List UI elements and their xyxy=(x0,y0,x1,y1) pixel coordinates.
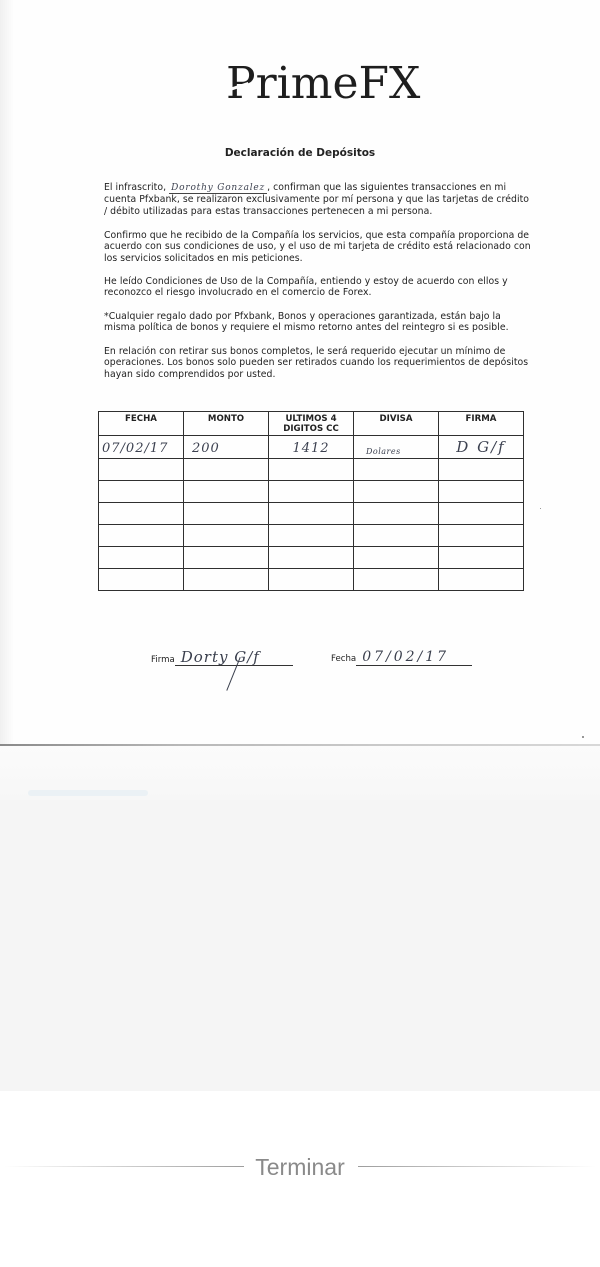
date-field: Fecha07/02/17 xyxy=(331,652,472,666)
table-row xyxy=(99,459,524,481)
table-cell-empty xyxy=(354,547,439,569)
cell-digitos: 1412 xyxy=(269,436,354,459)
header-monto: MONTO xyxy=(184,412,269,436)
cell-monto: 200 xyxy=(184,436,269,459)
table-cell-empty xyxy=(439,459,524,481)
header-divisa: DIVISA xyxy=(354,412,439,436)
table-cell-empty xyxy=(184,459,269,481)
table-cell-empty xyxy=(439,525,524,547)
cell-fecha: 07/02/17 xyxy=(99,436,184,459)
date-value: 07/02/17 xyxy=(356,652,472,666)
table-row: 07/02/17 200 1412 Dolares D G/f xyxy=(99,436,524,459)
table-cell-empty xyxy=(184,525,269,547)
table-cell-empty xyxy=(184,481,269,503)
table-row xyxy=(99,481,524,503)
table-row xyxy=(99,525,524,547)
table-cell-empty xyxy=(439,503,524,525)
document-viewer: PrimeFX Declaración de Depósitos El infr… xyxy=(0,0,600,1091)
table-cell-empty xyxy=(269,569,354,591)
table-cell-empty xyxy=(269,547,354,569)
table-row xyxy=(99,503,524,525)
table-row xyxy=(99,547,524,569)
table-cell-empty xyxy=(99,525,184,547)
signature-value: Dorty G/f xyxy=(175,652,293,666)
table-cell-empty xyxy=(269,525,354,547)
signature-label: Firma xyxy=(151,655,175,665)
deposits-table: FECHA MONTO ULTIMOS 4 DIGITOS CC DIVISA … xyxy=(98,411,524,591)
scan-speck xyxy=(582,736,584,738)
handwritten-name: Dorothy Gonzalez xyxy=(169,183,267,194)
table-cell-empty xyxy=(269,481,354,503)
scan-speck xyxy=(540,508,541,509)
logo-text-rest: rimeFX xyxy=(256,58,421,109)
header-digitos: ULTIMOS 4 DIGITOS CC xyxy=(269,412,354,436)
table-cell-empty xyxy=(269,459,354,481)
table-cell-empty xyxy=(354,459,439,481)
document-title: Declaración de Depósitos xyxy=(0,147,600,159)
table-cell-empty xyxy=(439,569,524,591)
paragraph-bonus-policy: *Cualquier regalo dado por Pfxbank, Bono… xyxy=(104,311,534,334)
table-cell-empty xyxy=(354,481,439,503)
table-cell-empty xyxy=(99,481,184,503)
scan-smudge xyxy=(28,790,148,796)
scanned-document: PrimeFX Declaración de Depósitos El infr… xyxy=(0,0,600,800)
table-cell-empty xyxy=(439,481,524,503)
table-cell-empty xyxy=(99,569,184,591)
cell-divisa: Dolares xyxy=(354,436,439,459)
table-row xyxy=(99,569,524,591)
header-firma: FIRMA xyxy=(439,412,524,436)
table-cell-empty xyxy=(354,525,439,547)
paragraph-declarant: El infrascrito, Dorothy Gonzalez, confir… xyxy=(104,182,534,217)
table-cell-empty xyxy=(354,503,439,525)
finish-button[interactable]: Terminar xyxy=(252,1154,347,1180)
table-cell-empty xyxy=(269,503,354,525)
table-cell-empty xyxy=(439,547,524,569)
signature-field: FirmaDorty G/f xyxy=(151,652,293,666)
table-cell-empty xyxy=(184,547,269,569)
header-fecha: FECHA xyxy=(99,412,184,436)
paragraph-bonus-withdrawal: En relación con retirar sus bonos comple… xyxy=(104,346,534,380)
finish-footer: Terminar xyxy=(0,1154,600,1180)
table-cell-empty xyxy=(354,569,439,591)
table-cell-empty xyxy=(184,503,269,525)
table-cell-empty xyxy=(99,503,184,525)
paragraph-terms: He leído Condiciones de Uso de la Compañ… xyxy=(104,276,534,299)
primefx-logo: PrimeFX xyxy=(226,62,420,106)
date-label: Fecha xyxy=(331,654,356,664)
paragraph-services: Confirmo que he recibido de la Compañía … xyxy=(104,230,534,264)
table-cell-empty xyxy=(99,547,184,569)
cell-firma: D G/f xyxy=(439,436,524,459)
table-cell-empty xyxy=(184,569,269,591)
table-header-row: FECHA MONTO ULTIMOS 4 DIGITOS CC DIVISA … xyxy=(99,412,524,436)
table-cell-empty xyxy=(99,459,184,481)
